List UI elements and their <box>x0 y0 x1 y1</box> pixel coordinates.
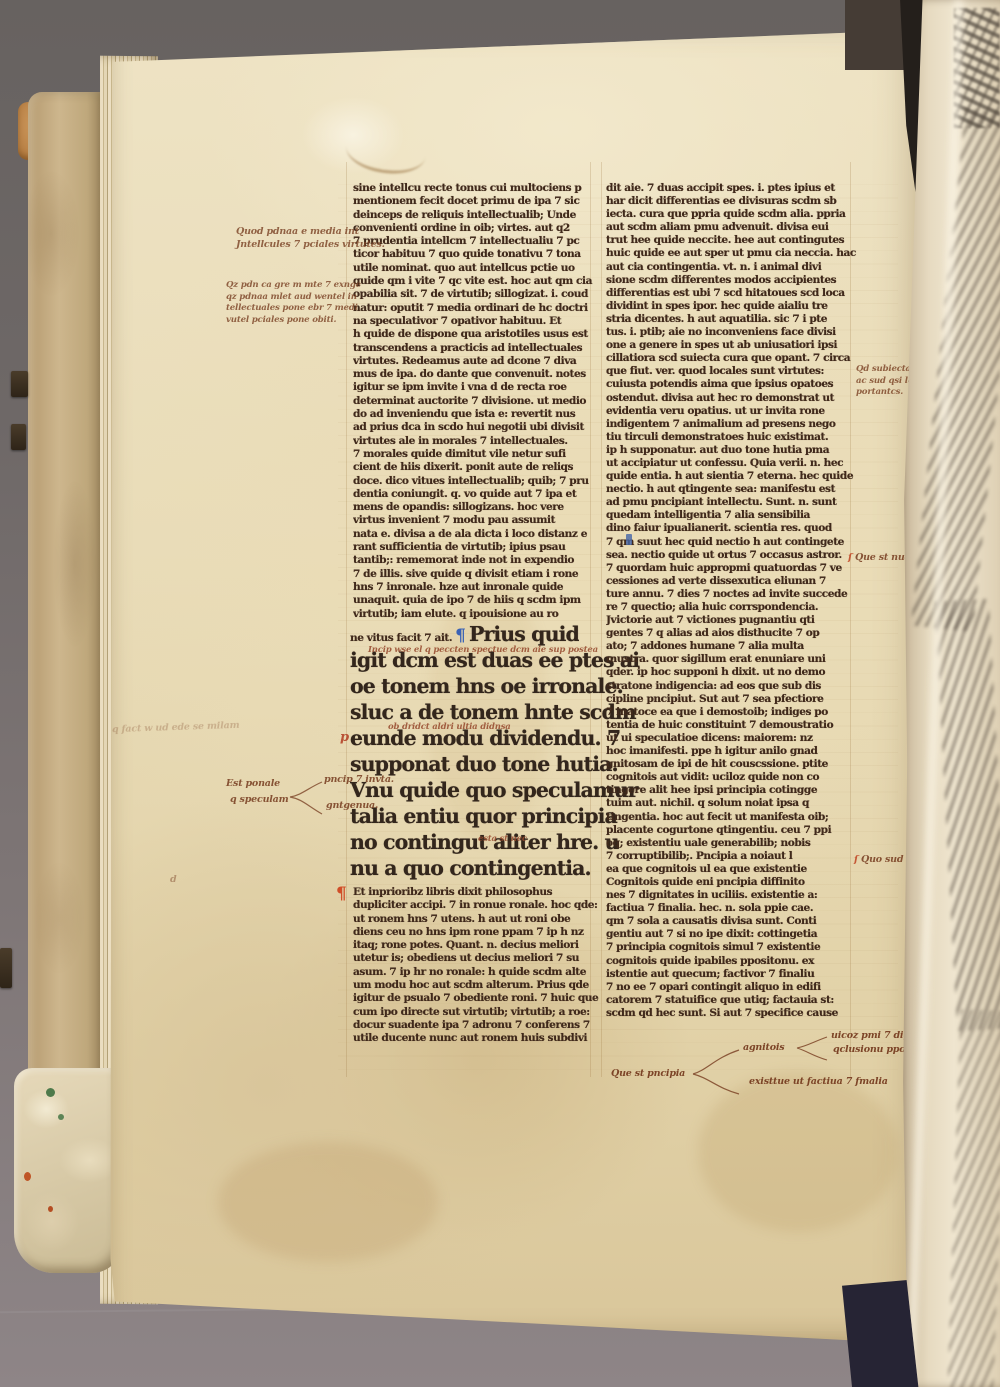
text-line: qm 7 sola a causatis divisa sunt. Conti <box>606 915 890 928</box>
text-line: Quod pdnaa e media int <box>236 226 385 239</box>
text-line: har dicit differentias ee divisuras scdm… <box>606 195 890 208</box>
text-line: Qz pdn ca gre m mte 7 exnge <box>226 280 361 292</box>
metal-clasp <box>11 371 28 397</box>
metal-clasp <box>11 424 26 450</box>
text-line: differentias est ubi 7 scd hitatoues scd… <box>606 287 890 300</box>
text-line: gentes 7 q alias ad aios disthucite 7 op <box>606 627 890 640</box>
text-line: Cognitois quide eni pncipia diffinito <box>606 876 890 889</box>
stain <box>218 1142 438 1262</box>
text-line: huic quide ee aut sper ut pmu cia neccia… <box>606 247 890 260</box>
left-column-commentary-top: sine intellcu recte tonus cui multociens… <box>353 182 633 621</box>
text-line: dividint in spes ipor. hec quide aialiu … <box>606 300 890 313</box>
text-line: asum. 7 ip hr no ronale: h quide scdm al… <box>353 966 633 979</box>
text-line: ad pmu pncipiant intellectu. Sunt. n. su… <box>606 496 890 509</box>
background-shadow <box>845 0 905 70</box>
text-line: na speculativor 7 opativor habituu. Et <box>353 315 633 328</box>
text-line: deinceps de reliquis intellectualib; Und… <box>353 209 633 222</box>
diagram-fork <box>795 1032 829 1064</box>
text-line: 7 principia cognitois simul 7 existentie <box>606 941 890 954</box>
text-line: quide qm i vite 7 qc vite est. hoc aut q… <box>353 275 633 288</box>
text-line: aut cia contingentia. vt. n. i animal di… <box>606 261 890 274</box>
text-line: determinat auctorite 7 divisione. ut med… <box>353 395 633 408</box>
text-line: transcendens a practicis ad intellectual… <box>353 342 633 355</box>
text-line: cognitois quide ipabiles ppositonu. ex <box>606 955 890 968</box>
text-line: tantib;: rememorat inde not in expendio <box>353 554 633 567</box>
diagram-leaf: existtue ut factiua 7 fmalia <box>749 1076 888 1087</box>
bracket-label: gntgenua. <box>326 800 378 813</box>
text-line: Jntellcules 7 pciales virtutes. <box>236 239 385 252</box>
text-line: cognitois aut vidit: uciloz quide non co <box>606 771 890 784</box>
text-line: istentie aut quecum; factivor 7 finaliu <box>606 968 890 981</box>
text-line: cient de hiis dixerit. ponit aute de rel… <box>353 461 633 474</box>
text-line: qder. ip hoc supponi h dixit. ut no demo <box>606 666 890 679</box>
margin-tick-icon: ſ <box>848 552 852 563</box>
text-line: trut hee quide neccite. hee aut contingu… <box>606 234 890 247</box>
text-line: aut scdm aliam pmu advenuit. divisa eui <box>606 221 890 234</box>
text-line: opabilia sit. 7 de virtutib; sillogizat.… <box>353 288 633 301</box>
text-line: ostendut. divisa aut hec ro demonstrat u… <box>606 392 890 405</box>
orange-speck <box>48 1206 53 1212</box>
text-line: nes 7 dignitates in uciliis. existentie … <box>606 889 890 902</box>
text-line: igitur se ipm invite i vna d de recta ro… <box>353 381 633 394</box>
text-line: one a genere in spes ut ab uniusatiori i… <box>606 339 890 352</box>
text-line: stratone indigencia: ad eos que sub dis <box>606 680 890 693</box>
green-speck <box>46 1088 55 1097</box>
text-line: stria dicentes. h aut aquatilia. sic 7 i… <box>606 313 890 326</box>
text-line: qz pdnaa mlet aud wentel in <box>226 292 361 304</box>
metal-clasp <box>0 948 12 988</box>
text-line: tingentia. hoc aut fecit ut manifesta oi… <box>606 811 890 824</box>
orange-speck <box>24 1172 31 1181</box>
text-line: sine intellcu recte tonus cui multociens… <box>353 182 633 195</box>
lemma-block: ne vitus facit 7 ait. ¶ Prius quid igit … <box>350 622 640 882</box>
text-line: um modu hoc aut scdm alterum. Prius qde <box>353 979 633 992</box>
text-line: diens ceu no hns ipm rone ppam 7 ip h nz <box>353 926 633 939</box>
text-line: quide entia. h aut sientia 7 eterna. hec… <box>606 470 890 483</box>
margin-note-topleft-2: Qz pdn ca gre m mte 7 exngeqz pdnaa mlet… <box>226 280 361 326</box>
text-line: ato; 7 addones humane 7 alia multa <box>606 640 890 653</box>
bottom-diagram: Que st pncipia agnitois uicoz pmi 7 dign… <box>603 1030 933 1100</box>
text-line: 7 corruptibilib;. Pncipia a noiaut l <box>606 850 890 863</box>
text-line: catorem 7 statuifice que utiq; factauia … <box>606 994 890 1007</box>
text-line: 7 prudentia intellcm 7 intellectualiu 7 … <box>353 235 633 248</box>
text-line: dupliciter accipi. 7 in ronue ronale. ho… <box>353 899 633 912</box>
text-line: 7 no ee 7 opari contingit aliquo in edif… <box>606 981 890 994</box>
margin-tick-icon: ſ <box>854 854 858 865</box>
text-line: tus. i. ptib; aie no inconveniens face d… <box>606 326 890 339</box>
text-line: igitur de psualo 7 obediente roni. 7 hui… <box>353 992 633 1005</box>
text-line: ip h supponatur. aut duo tone hutia pma <box>606 444 890 457</box>
red-paraph-mark: p <box>340 730 349 745</box>
bracket-label: q speculam <box>230 794 289 807</box>
text-line: iecta. cura que ppria quide scdm alia. p… <box>606 208 890 221</box>
text-line: dentia coniungit. q. vo quide aut 7 ipa … <box>353 488 633 501</box>
margin-bracket-left: Est ponale q speculam pncip 7 invta. gnt… <box>226 774 406 820</box>
text-line: oe tonem hns oe irronale. <box>350 674 640 700</box>
text-line: que fiut. ver. quod locales sunt virtute… <box>606 365 890 378</box>
text-line: mens de opandis: sillogizans. hoc vere <box>353 501 633 514</box>
text-line: nata e. divisa a de ala dicta i loco dis… <box>353 528 633 541</box>
text-line: sione scdm differentes modos accipientes <box>606 274 890 287</box>
diagram-fork <box>691 1042 741 1098</box>
text-line: tuim aut. nichil. q solum noiat ipsa q <box>606 797 890 810</box>
interlinear-gloss: ob dridct aldri ultia didnsa <box>388 722 511 732</box>
bracket-label: pncip 7 invta. <box>324 774 394 787</box>
green-speck <box>58 1114 64 1120</box>
text-line: mus de ipa. do dante que convenuit. note… <box>353 368 633 381</box>
text-line: mustra. quor sigillum erat enuniare uni <box>606 653 890 666</box>
manuscript-photo: sine intellcu recte tonus cui multociens… <box>0 0 1000 1387</box>
text-line: cipline pncipiut. Sut aut 7 sea pfectior… <box>606 693 890 706</box>
text-line: 7 de illis. sive quide q divisit etiam i… <box>353 568 633 581</box>
text-line: cessiones ad verte dissexutica eliunan 7 <box>606 575 890 588</box>
text-line: convenienti ordine in oib; virtes. aut q… <box>353 222 633 235</box>
text-line: hns 7 inronale. hze aut inronale quide <box>353 581 633 594</box>
text-line: docur suadente ipa 7 adronu 7 conferens … <box>353 1019 633 1032</box>
text-line: tellectuales pone ebr 7 medi <box>226 303 361 315</box>
text-line: tiu tirculi demonstratoes huic existimat… <box>606 431 890 444</box>
text-line: hoc imanifesti. ppe h igitur anilo gnad <box>606 745 890 758</box>
text-line: virtus invenient 7 modu pau assumit <box>353 514 633 527</box>
red-pilcrow-icon: ¶ <box>336 884 347 904</box>
text-line: cuiusta potendis aima que ipsius opatoes <box>606 378 890 391</box>
text-line: ut accipiatur ut confessu. Quia verii. n… <box>606 457 890 470</box>
blurred-text-band <box>935 599 1000 1031</box>
text-line: do ad inveniendu que ista e: revertit nu… <box>353 408 633 421</box>
text-line: h quide de dispone qua aristotiles usus … <box>353 328 633 341</box>
text-line: ut ronem hns 7 utens. h aut ut roni obe <box>353 913 633 926</box>
text-line: cillatiora scd suiecta cura que opant. 7… <box>606 352 890 365</box>
text-line: 7 morales quide dimitut vile netur sufi <box>353 448 633 461</box>
margin-note-faint: q fact w ud ede se milam <box>112 720 240 737</box>
margin-note-topleft-1: Quod pdnaa e media intJntellcules 7 pcia… <box>236 226 385 251</box>
text-line: ticor habituu 7 quo quide tonativu 7 ton… <box>353 248 633 261</box>
interlinear-gloss: Incip wse el q peccten spectue dcm aie s… <box>368 645 598 655</box>
text-line: tentia de huic constituint 7 demoustrati… <box>606 719 890 732</box>
text-line: virtutes. Redeamus aute ad dcone 7 diva <box>353 355 633 368</box>
text-line: dit aie. 7 duas accipit spes. i. ptes ip… <box>606 182 890 195</box>
text-line: 7 qm suut hec quid nectio h aut continge… <box>606 536 890 549</box>
diagram-branch: agnitois <box>743 1042 784 1053</box>
text-line: itaq; rone potes. Quant. n. decius melio… <box>353 939 633 952</box>
text-line: nu a quo contingentia. <box>350 856 640 882</box>
text-line: dino faiur ipualianerit. scientia res. q… <box>606 522 890 535</box>
text-line: rant sufficientia de virtutib; ipius psa… <box>353 541 633 554</box>
interlinear-gloss: esta st nec <box>478 834 527 844</box>
manuscript-page: sine intellcu recte tonus cui multociens… <box>98 22 934 1352</box>
blurred-text-band <box>947 1009 1000 1387</box>
text-line: indigentem 7 animalium ad presens nego <box>606 418 890 431</box>
text-line: virtutes ale in morales 7 intellectuales… <box>353 435 633 448</box>
text-line: ea que cognitois ul ea que existentie <box>606 863 890 876</box>
text-line: virtutib; iam elute. q ipouisione au ro <box>353 608 633 621</box>
text-line: factiua 7 finalia. hec. n. sola ppie cae… <box>606 902 890 915</box>
text-line: vutel pciales pone obiti. <box>226 315 361 327</box>
text-line: Jvictorie aut 7 victiones pugnantiu qti <box>606 614 890 627</box>
left-column-commentary-bottom: Et inprioribz libris dixit philosophusdu… <box>353 886 633 1046</box>
crumpled-binding-corner <box>14 1068 122 1273</box>
text-line: oq; existentiu uale generabilib; nobis <box>606 837 890 850</box>
text-line: placente cogurtone qtingentiu. ceu 7 ppi <box>606 824 890 837</box>
text-line: ad prius dca in scdo hui negotii ubi div… <box>353 421 633 434</box>
text-line: cum ipo directe sut virtutib; virtutib; … <box>353 1006 633 1019</box>
lemma-lines: igit dcm est duas ee ptes aieoe tonem hn… <box>350 648 640 882</box>
right-column-commentary: dit aie. 7 duas accipit spes. i. ptes ip… <box>606 182 890 1020</box>
diagram-root: Que st pncipia <box>611 1068 685 1079</box>
text-line: evidentia veru opatius. ut ur invita ron… <box>606 405 890 418</box>
text-line: scdm qd hec sunt. Si aut 7 specifice cau… <box>606 1007 890 1020</box>
text-line: mentionem fecit docet primu de ipa 7 sic <box>353 195 633 208</box>
text-line: re 7 quectio; alia huic corrspondencia. <box>606 601 890 614</box>
stray-margin-letter: d <box>170 874 176 887</box>
text-line: utetur is; obediens ut decius meliori 7 … <box>353 952 633 965</box>
text-line: quedam intelligentia 7 alia sensibilia <box>606 509 890 522</box>
text-line: natur: oputit 7 media ordinari de hc doc… <box>353 302 633 315</box>
text-line: gentiu aut 7 si no ipe dixit: cottingeti… <box>606 928 890 941</box>
text-line: utile ducente nunc aut ronem huis subdiv… <box>353 1032 633 1045</box>
text-line: doce. dico vitues intellectualib; quib; … <box>353 475 633 488</box>
text-line: gnitosam de ipi de hit couscssione. ptit… <box>606 758 890 771</box>
blue-pilcrow-icon: ¶ <box>455 626 466 646</box>
text-line: Et inprioribz libris dixit philosophus <box>353 886 633 899</box>
text-line: ut ui speculatioe dicens: maiorem: nz <box>606 732 890 745</box>
text-line: ture annu. 7 dies 7 noctes ad invite suc… <box>606 588 890 601</box>
bracket-label: Est ponale <box>226 778 280 791</box>
text-line: nectio. h aut qtingente sea: manifestu e… <box>606 483 890 496</box>
text-line: tingere alit hee ipsi principia cotingge <box>606 784 890 797</box>
text-line: 7 inatoce ea que i demostoib; indiges po <box>606 706 890 719</box>
blue-correction-mark <box>626 534 632 545</box>
bracket-fork <box>288 776 324 818</box>
text-line: utile nominat. quo aut intellcus pctie u… <box>353 262 633 275</box>
text-line: unaquit. quia de ipo 7 de hiis q scdm ip… <box>353 594 633 607</box>
